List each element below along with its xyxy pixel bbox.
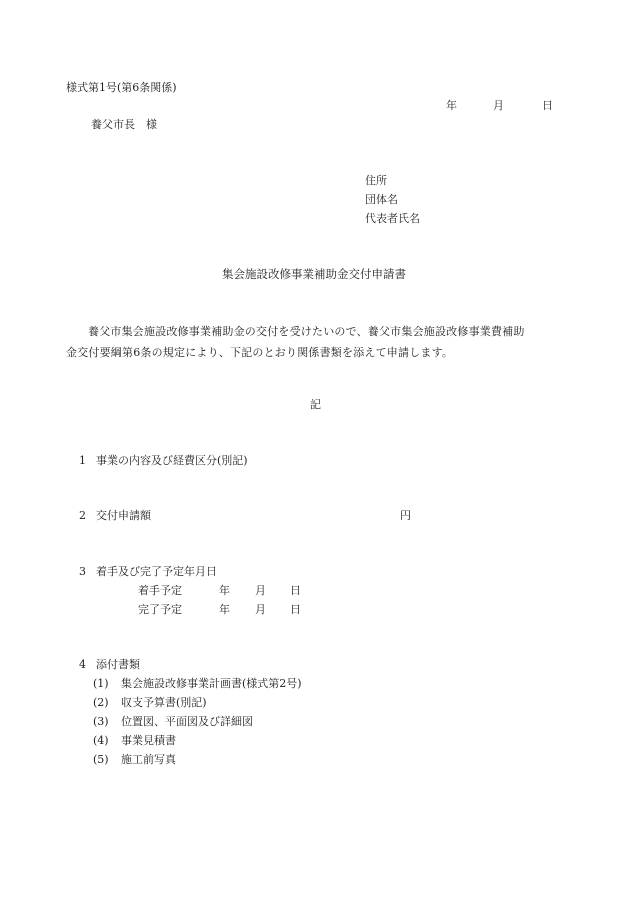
attachment-2-index: (2) xyxy=(93,696,109,710)
section-2-unit: 円 xyxy=(400,509,411,523)
body-line-2: 金交付要綱第6条の規定により、下記のとおり関係書類を添えて申請します。 xyxy=(66,346,453,359)
section-3-label: 着手及び完了予定年月日 xyxy=(96,565,217,579)
body-paragraph: 養父市集会施設改修事業補助金の交付を受けたいので、養父市集会施設改修事業費補助 … xyxy=(66,321,566,363)
start-schedule-label: 着手予定 xyxy=(138,584,182,598)
date-day-label: 日 xyxy=(542,99,553,113)
attachment-2-label: 収支予算書(別記) xyxy=(121,696,207,710)
attachment-5-label: 施工前写真 xyxy=(121,753,176,767)
organization-label: 団体名 xyxy=(365,193,398,207)
attachment-5-index: (5) xyxy=(93,753,109,767)
completion-schedule-label: 完了予定 xyxy=(138,603,182,617)
address-label: 住所 xyxy=(365,174,387,188)
attachment-1-index: (1) xyxy=(93,677,109,691)
date-month-label: 月 xyxy=(493,99,504,113)
completion-year-label: 年 xyxy=(219,603,230,617)
start-year-label: 年 xyxy=(219,584,230,598)
start-day-label: 日 xyxy=(290,584,301,598)
section-4-number: 4 xyxy=(79,658,86,672)
body-line-1: 養父市集会施設改修事業補助金の交付を受けたいので、養父市集会施設改修事業費補助 xyxy=(88,325,525,338)
application-form-page: 様式第1号(第6条関係) 年 月 日 養父市長 様 住所 団体名 代表者氏名 集… xyxy=(0,0,630,903)
section-1-label: 事業の内容及び経費区分(別記) xyxy=(96,454,248,468)
date-year-label: 年 xyxy=(446,99,457,113)
start-month-label: 月 xyxy=(255,584,266,598)
section-2-label: 交付申請額 xyxy=(96,509,151,523)
attachment-4-label: 事業見積書 xyxy=(121,734,176,748)
attachment-3-index: (3) xyxy=(93,715,109,729)
completion-month-label: 月 xyxy=(255,603,266,617)
addressee: 養父市長 様 xyxy=(91,118,157,132)
completion-day-label: 日 xyxy=(290,603,301,617)
section-4-label: 添付書類 xyxy=(96,658,140,672)
record-heading: 記 xyxy=(310,398,321,412)
attachment-4-index: (4) xyxy=(93,734,109,748)
section-3-number: 3 xyxy=(79,565,86,579)
document-title: 集会施設改修事業補助金交付申請書 xyxy=(222,267,406,281)
attachment-1-label: 集会施設改修事業計画書(様式第2号) xyxy=(121,677,302,691)
attachment-3-label: 位置図、平面図及び詳細図 xyxy=(121,715,253,729)
section-1-number: 1 xyxy=(79,454,86,468)
section-2-number: 2 xyxy=(79,509,86,523)
representative-label: 代表者氏名 xyxy=(365,212,420,226)
form-number: 様式第1号(第6条関係) xyxy=(66,81,177,95)
